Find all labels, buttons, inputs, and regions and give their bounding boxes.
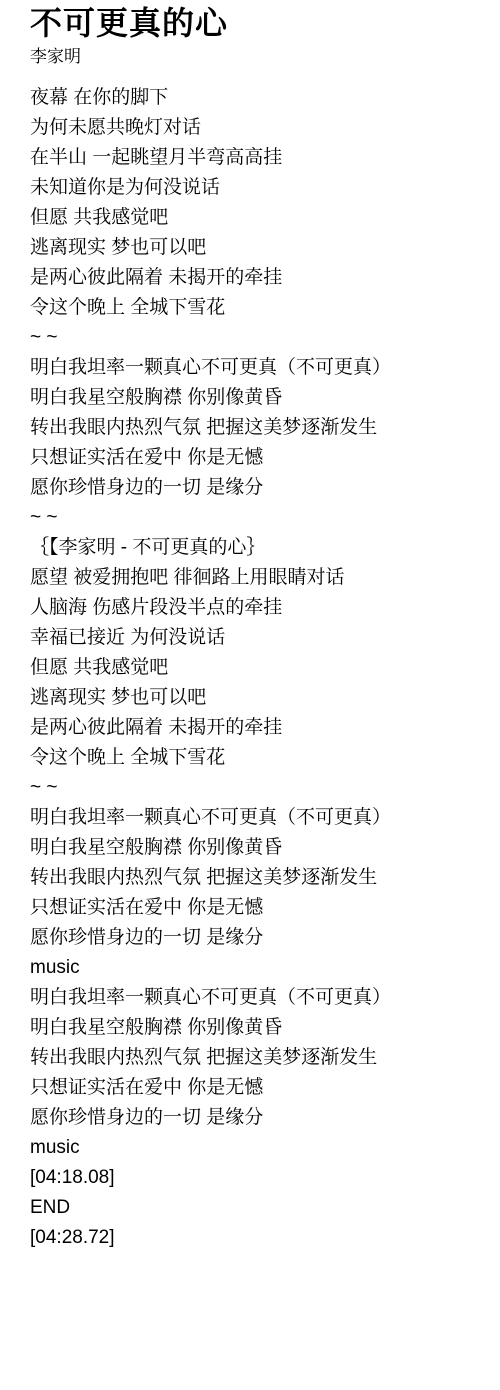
- lyric-line: 逃离现实 梦也可以吧: [30, 233, 482, 263]
- lyric-line: 愿你珍惜身边的一切 是缘分: [30, 1103, 482, 1133]
- lyric-line: music: [30, 953, 482, 983]
- lyrics-container: 夜幕 在你的脚下为何未愿共晚灯对话在半山 一起眺望月半弯高高挂未知道你是为何没说…: [30, 83, 482, 1253]
- lyric-line: ~ ~: [30, 503, 482, 533]
- lyric-line: 在半山 一起眺望月半弯高高挂: [30, 143, 482, 173]
- lyric-line: ~ ~: [30, 773, 482, 803]
- lyrics-page: 不可更真的心 李家明 夜幕 在你的脚下为何未愿共晚灯对话在半山 一起眺望月半弯高…: [0, 0, 500, 1253]
- lyric-line: 幸福已接近 为何没说话: [30, 623, 482, 653]
- lyric-line: 只想证实活在爱中 你是无憾: [30, 1073, 482, 1103]
- lyric-line: 只想证实活在爱中 你是无憾: [30, 443, 482, 473]
- lyric-line: 令这个晚上 全城下雪花: [30, 293, 482, 323]
- lyric-line: 转出我眼内热烈气氛 把握这美梦逐渐发生: [30, 1043, 482, 1073]
- lyric-line: 明白我坦率一颗真心不可更真（不可更真）: [30, 353, 482, 383]
- lyric-line: 明白我坦率一颗真心不可更真（不可更真）: [30, 803, 482, 833]
- lyric-line: [04:18.08]: [30, 1163, 482, 1193]
- lyric-line: 愿你珍惜身边的一切 是缘分: [30, 473, 482, 503]
- song-title: 不可更真的心: [30, 2, 482, 44]
- lyric-line: 夜幕 在你的脚下: [30, 83, 482, 113]
- lyric-line: ｛【李家明 - 不可更真的心｝: [30, 533, 482, 563]
- lyric-line: 转出我眼内热烈气氛 把握这美梦逐渐发生: [30, 863, 482, 893]
- lyric-line: END: [30, 1193, 482, 1223]
- lyric-line: 令这个晚上 全城下雪花: [30, 743, 482, 773]
- lyric-line: 明白我星空般胸襟 你别像黄昏: [30, 383, 482, 413]
- lyric-line: 未知道你是为何没说话: [30, 173, 482, 203]
- lyric-line: 只想证实活在爱中 你是无憾: [30, 893, 482, 923]
- lyric-line: 人脑海 伤感片段没半点的牵挂: [30, 593, 482, 623]
- lyric-line: music: [30, 1133, 482, 1163]
- lyric-line: 但愿 共我感觉吧: [30, 203, 482, 233]
- lyric-line: 但愿 共我感觉吧: [30, 653, 482, 683]
- lyric-line: 明白我坦率一颗真心不可更真（不可更真）: [30, 983, 482, 1013]
- lyric-line: 愿望 被爱拥抱吧 徘徊路上用眼睛对话: [30, 563, 482, 593]
- lyric-line: 明白我星空般胸襟 你别像黄昏: [30, 833, 482, 863]
- lyric-line: ~ ~: [30, 323, 482, 353]
- lyric-line: 是两心彼此隔着 未揭开的牵挂: [30, 263, 482, 293]
- lyric-line: 为何未愿共晚灯对话: [30, 113, 482, 143]
- lyric-line: 明白我星空般胸襟 你别像黄昏: [30, 1013, 482, 1043]
- lyric-line: 逃离现实 梦也可以吧: [30, 683, 482, 713]
- artist-name: 李家明: [30, 45, 482, 69]
- lyric-line: [04:28.72]: [30, 1223, 482, 1253]
- lyric-line: 转出我眼内热烈气氛 把握这美梦逐渐发生: [30, 413, 482, 443]
- lyric-line: 愿你珍惜身边的一切 是缘分: [30, 923, 482, 953]
- lyric-line: 是两心彼此隔着 未揭开的牵挂: [30, 713, 482, 743]
